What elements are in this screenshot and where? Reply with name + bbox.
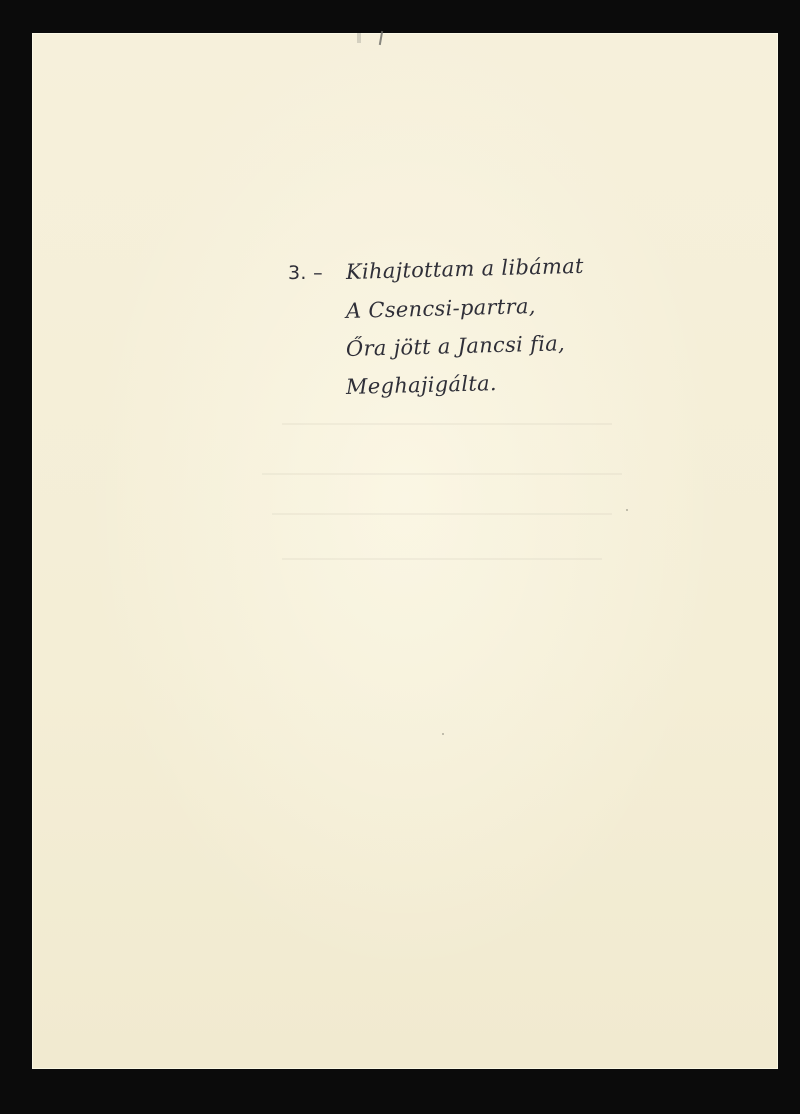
verse-block: 3. – Kihajtottam a libámat A Csencsi-par… — [288, 253, 584, 406]
verse-line-3: Őra jött a Jancsi fia, — [346, 324, 566, 368]
faint-top-mark — [357, 33, 361, 43]
scanned-document: 3. – Kihajtottam a libámat A Csencsi-par… — [0, 0, 800, 1114]
show-through-line — [282, 558, 602, 560]
verse-row-4: Meghajigálta. — [288, 368, 584, 406]
show-through-line — [272, 513, 612, 515]
verse-line-1: Kihajtottam a libámat — [346, 247, 585, 291]
verse-row-1: 3. – Kihajtottam a libámat — [288, 253, 584, 292]
show-through-line — [262, 473, 622, 475]
paper-speck — [442, 733, 444, 735]
verse-number: 3. – — [288, 254, 346, 292]
paper-speck — [626, 509, 628, 511]
verse-line-4: Meghajigálta. — [346, 364, 498, 406]
top-pencil-mark — [379, 31, 383, 45]
verse-row-3: Őra jött a Jancsi fia, — [288, 330, 584, 368]
show-through-line — [282, 423, 612, 425]
paper-page: 3. – Kihajtottam a libámat A Csencsi-par… — [32, 33, 778, 1069]
verse-line-2: A Csencsi-partra, — [346, 287, 537, 330]
